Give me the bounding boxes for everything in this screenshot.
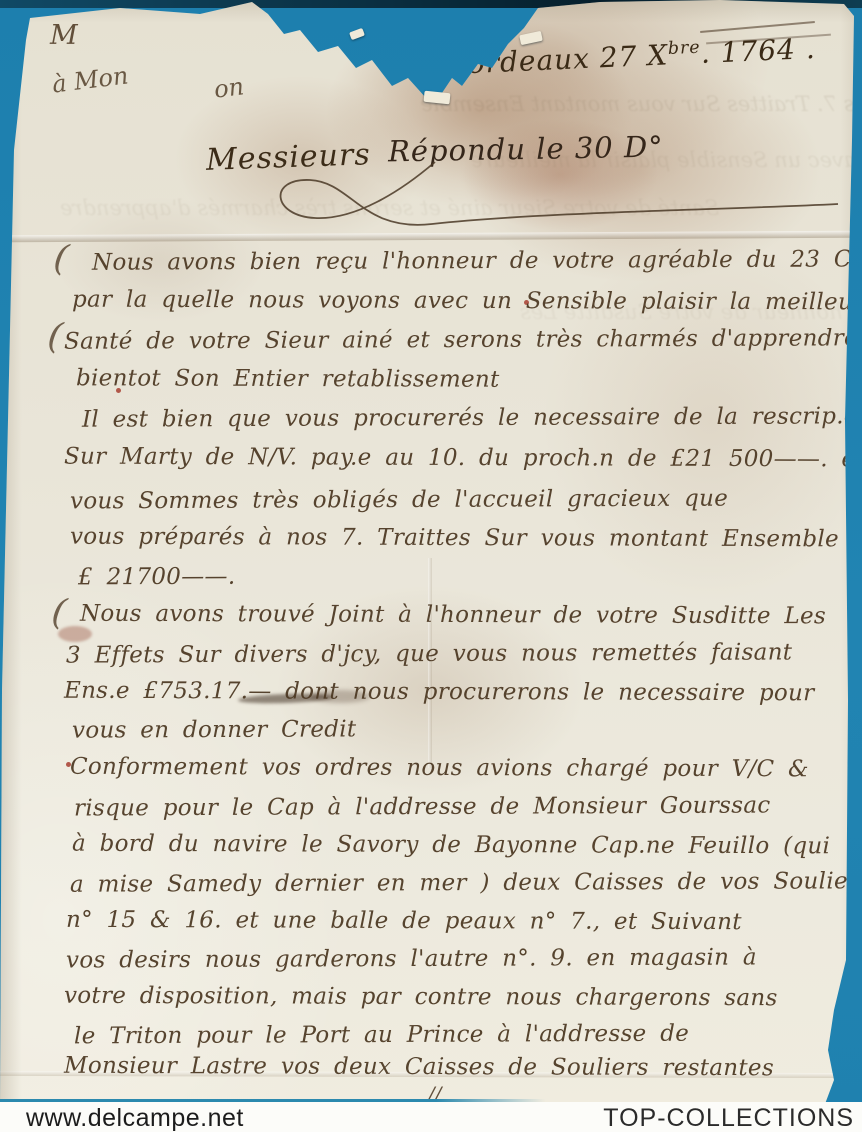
watermark-delcampe: www.delcampe.net bbox=[26, 1104, 244, 1132]
watermark-top-collections: TOP-COLLECTIONS bbox=[603, 1104, 854, 1132]
letter-line: Sur Marty de N/V. pay.e au 10. du proch.… bbox=[64, 444, 862, 473]
letter-line: Il est bien que vous procurerés le neces… bbox=[82, 403, 862, 432]
fold-crease bbox=[0, 231, 862, 243]
letter-line: Nous avons bien reçu l'honneur de votre … bbox=[92, 246, 862, 276]
red-speck bbox=[116, 388, 121, 393]
letter-line: Nous avons trouvé Joint à l'honneur de v… bbox=[80, 601, 826, 630]
pen-stroke bbox=[700, 21, 815, 33]
letter-line: vous Sommes très obligés de l'accueil gr… bbox=[70, 486, 728, 515]
bleed-through-text: Nous avons trouvé Joint à l'honneur de v… bbox=[520, 300, 862, 324]
addressee-line-end: on bbox=[212, 72, 245, 103]
red-speck bbox=[524, 300, 529, 305]
letter-line: 3 Effets Sur divers d'jcy, que vous nous… bbox=[66, 639, 792, 668]
tear-notch bbox=[268, 0, 538, 100]
margin-bracket: ( bbox=[45, 315, 65, 358]
ink-smudge bbox=[238, 692, 334, 704]
salutation: Messieurs bbox=[205, 137, 371, 178]
letter-line: n° 15 & 16. et une balle de peaux n° 7.,… bbox=[66, 907, 742, 935]
fold-crease bbox=[0, 1071, 862, 1078]
addressee-line-start: à Mon bbox=[51, 61, 130, 98]
letter-line: £ 21700——. bbox=[78, 564, 236, 591]
pen-flourish bbox=[200, 150, 850, 260]
letter-paper: vous préparés à nos 7. Traittes Sur vous… bbox=[0, 0, 862, 1132]
bleed-through-text: Santé de votre Sieur ainé et serons très… bbox=[60, 196, 719, 220]
letter-line: a mise Samedy dernier en mer ) deux Cais… bbox=[70, 868, 862, 897]
letter-line: Santé de votre Sieur ainé et serons très… bbox=[64, 325, 858, 354]
letter-line: par la quelle nous voyons avec un Sensib… bbox=[72, 287, 862, 316]
addressee-initial: M bbox=[50, 20, 78, 51]
letter-line: vous préparés à nos 7. Traittes Sur vous… bbox=[70, 524, 839, 553]
letter-line: vous en donner Credit bbox=[72, 716, 357, 743]
letter-line: le Triton pour le Port au Prince à l'add… bbox=[74, 1021, 689, 1050]
red-speck bbox=[66, 762, 71, 767]
letter-line: Conformement vos ordres nous avions char… bbox=[70, 754, 809, 783]
letter-line: Monsieur Lastre vos deux Caisses de Soul… bbox=[64, 1053, 774, 1081]
ink-smudge bbox=[310, 690, 370, 703]
dateline-month-superscript: bre bbox=[667, 38, 701, 59]
letter-line: risque pour le Cap à l'addresse de Monsi… bbox=[74, 792, 771, 821]
letter-line: vos desirs nous garderons l'autre n°. 9.… bbox=[66, 944, 757, 973]
letter-line: bientot Son Entier retablissement bbox=[76, 365, 500, 392]
letter-line: votre disposition, mais par contre nous … bbox=[64, 983, 778, 1011]
margin-bracket: ( bbox=[49, 591, 69, 634]
stain-blot bbox=[58, 626, 92, 642]
reply-annotation: Répondu le 30 D° bbox=[388, 130, 664, 169]
letter-line: Ens.e £753.17.— dont nous procurerons le… bbox=[64, 678, 815, 707]
dateline-year: . 1764 . bbox=[700, 32, 816, 70]
scanned-letter-photo: vous préparés à nos 7. Traittes Sur vous… bbox=[0, 0, 862, 1132]
pen-stroke bbox=[706, 34, 831, 45]
margin-bracket: ( bbox=[51, 237, 71, 280]
fold-crease bbox=[428, 558, 432, 768]
bleed-through-text: par la quelle nous voyons avec un Sensib… bbox=[470, 148, 862, 172]
letter-line: à bord du navire le Savory de Bayonne Ca… bbox=[72, 831, 830, 860]
